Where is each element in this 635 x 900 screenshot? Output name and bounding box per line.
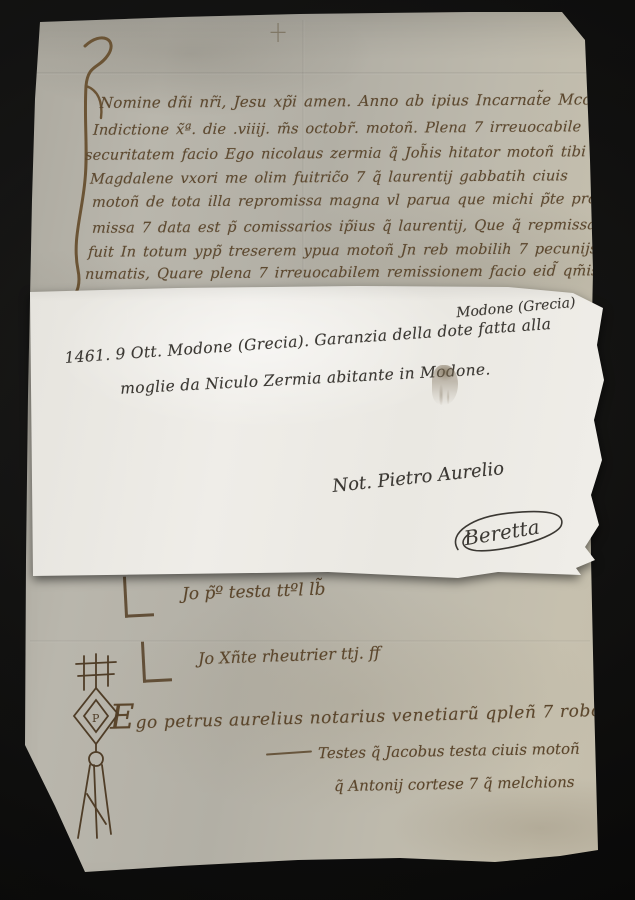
manuscript-line: Magdalene vxori me olim fuitric̃o 7 q̃ l… [90,168,569,187]
parchment-crease [30,640,590,643]
manuscript-line: missa 7 data est p̃ comissarios ip̃ius q… [92,217,597,237]
manuscript-line: numatis, Quare plena 7 irreuocabilem rem… [85,263,616,283]
slip-note-line: 1461. 9 Ott. Modone (Grecia). Garanzia d… [64,315,552,367]
slip-notary-attribution: Not. Pietro Aurelio [331,458,505,497]
manuscript-line: Nomine dñi nr̃i, Jesu xp̃i amen. Anno ab… [100,90,633,112]
ink-stain [432,365,458,405]
signature: Beretta [443,497,580,569]
manuscript-line: fuit In totum ypp̃ treserem ypua motoñ J… [88,241,598,261]
svg-text:P: P [92,712,100,725]
manuscript-line: motoñ de tota illa repromissa magna vl p… [92,191,619,211]
archivist-slip: Modone (Grecia) 1461. 9 Ott. Modone (Gre… [28,285,608,585]
flourish-dash [266,750,312,755]
manuscript-line: Indictione x̃ª. die .viiij. m̃s octobr̃.… [93,119,582,138]
cross-mark-icon: + [268,15,288,50]
testes-line: q̃ Antonij cortese 7 q̃ melchions [334,773,575,795]
photo-background: + 9 Nomine dñi nr̃i, Jesu xp̃i amen. Ann… [0,0,635,900]
notary-sign-icon: P [54,652,149,842]
witness-line: Jo Xñte rheutrier ttj. ff [198,643,381,668]
notary-subscription-line: Ego petrus aurelius notarius venetiarũ q… [110,695,629,734]
manuscript-line: securitatem facio Ego nicolaus zermia q̃… [85,144,587,164]
testes-line: Testes q̃ Jacobus testa ciuis motoñ [318,740,580,763]
slip-paper: Modone (Grecia) 1461. 9 Ott. Modone (Gre… [28,285,608,585]
